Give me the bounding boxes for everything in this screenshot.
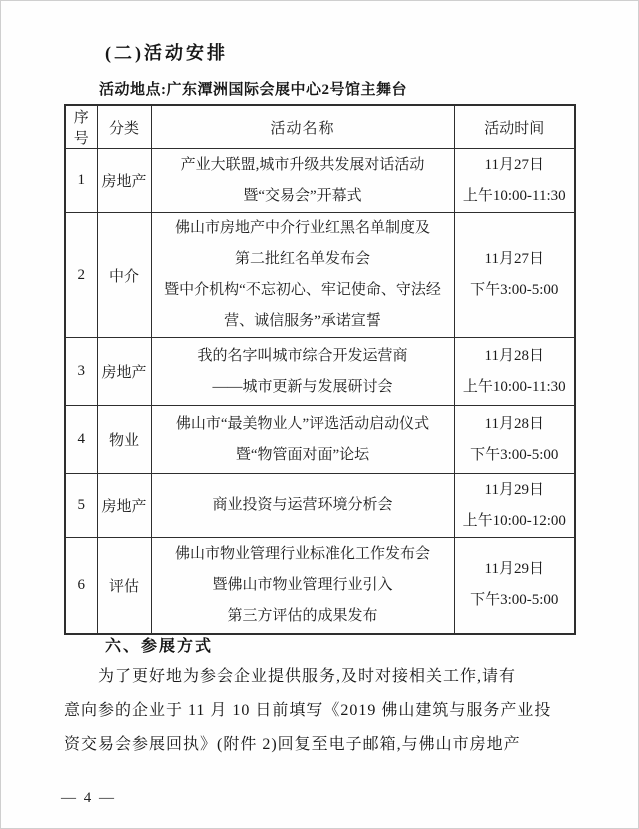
row-category: 评估 <box>97 538 151 634</box>
row-no: 5 <box>65 474 97 538</box>
paragraph-line: 为了更好地为参会企业提供服务,及时对接相关工作,请有 <box>64 660 578 694</box>
table-row: 5 房地产 商业投资与运营环境分析会 11月29日 上午10:00-12:00 <box>65 474 575 538</box>
table-row: 1 房地产 产业大联盟,城市升级共发展对话活动 暨“交易会”开幕式 11月27日… <box>65 149 575 213</box>
table-row: 4 物业 佛山市“最美物业人”评选活动启动仪式 暨“物管面对面”论坛 11月28… <box>65 406 575 474</box>
row-no: 4 <box>65 406 97 474</box>
activity-time-line: 下午3:00-5:00 <box>470 585 558 616</box>
activity-time-line: 上午10:00-12:00 <box>463 506 566 537</box>
activity-time-line: 11月29日 <box>485 554 544 585</box>
activity-time-line: 11月28日 <box>485 341 544 372</box>
row-category: 中介 <box>97 213 151 338</box>
row-activity-time: 11月28日 上午10:00-11:30 <box>454 338 575 406</box>
body-paragraph: 为了更好地为参会企业提供服务,及时对接相关工作,请有 意向参的企业于 11 月 … <box>64 660 578 762</box>
activity-name-line: 营、诚信服务”承诺宣誓 <box>224 306 381 337</box>
activity-time-line: 下午3:00-5:00 <box>470 275 558 306</box>
activity-time-line: 11月27日 <box>485 244 544 275</box>
header-activity-name: 活动名称 <box>151 105 454 149</box>
row-activity-name: 佛山市房地产中介行业红黑名单制度及 第二批红名单发布会 暨中介机构“不忘初心、牢… <box>151 213 454 338</box>
table-row: 3 房地产 我的名字叫城市综合开发运营商 ——城市更新与发展研讨会 11月28日… <box>65 338 575 406</box>
header-no: 序号 <box>65 105 97 149</box>
header-category: 分类 <box>97 105 151 149</box>
activity-name-line: 佛山市物业管理行业标准化工作发布会 <box>175 539 430 570</box>
row-activity-name: 我的名字叫城市综合开发运营商 ——城市更新与发展研讨会 <box>151 338 454 406</box>
subsection-heading: 六、参展方式 <box>105 633 213 656</box>
activity-name-line: 暨“交易会”开幕式 <box>243 181 361 212</box>
activity-name-line: 第二批红名单发布会 <box>235 244 370 275</box>
row-activity-time: 11月27日 下午3:00-5:00 <box>454 213 575 338</box>
row-category: 房地产 <box>97 149 151 213</box>
activity-time-line: 11月29日 <box>485 475 544 506</box>
activity-name-line: 佛山市“最美物业人”评选活动启动仪式 <box>176 409 429 440</box>
page-number: — 4 — <box>61 790 116 807</box>
row-no: 1 <box>65 149 97 213</box>
activities-schedule-table: 序号 分类 活动名称 活动时间 1 房地产 产业大联盟,城市升级共发展对话活动 … <box>64 104 576 635</box>
header-activity-time: 活动时间 <box>454 105 575 149</box>
row-no: 2 <box>65 213 97 338</box>
activity-name-line: 第三方评估的成果发布 <box>227 601 377 632</box>
paragraph-line: 资交易会参展回执》(附件 2)回复至电子邮箱,与佛山市房地产 <box>64 728 578 762</box>
table-row: 2 中介 佛山市房地产中介行业红黑名单制度及 第二批红名单发布会 暨中介机构“不… <box>65 213 575 338</box>
row-activity-name: 商业投资与运营环境分析会 <box>151 474 454 538</box>
row-category: 物业 <box>97 406 151 474</box>
row-activity-time: 11月29日 下午3:00-5:00 <box>454 538 575 634</box>
row-activity-name: 产业大联盟,城市升级共发展对话活动 暨“交易会”开幕式 <box>151 149 454 213</box>
venue-line: 活动地点:广东潭洲国际会展中心2号馆主舞台 <box>99 78 407 99</box>
activity-name-line: 暨佛山市物业管理行业引入 <box>212 570 392 601</box>
activity-time-line: 11月27日 <box>485 150 544 181</box>
activity-name-line: 产业大联盟,城市升级共发展对话活动 <box>181 150 425 181</box>
table-header-row: 序号 分类 活动名称 活动时间 <box>65 105 575 149</box>
document-page: (二)活动安排 活动地点:广东潭洲国际会展中心2号馆主舞台 序号 分类 活动名称… <box>0 0 639 829</box>
activity-name-line: 商业投资与运营环境分析会 <box>212 490 392 521</box>
paragraph-line: 意向参的企业于 11 月 10 日前填写《2019 佛山建筑与服务产业投 <box>64 694 578 728</box>
activity-time-line: 上午10:00-11:30 <box>463 372 566 403</box>
activity-time-line: 上午10:00-11:30 <box>463 181 566 212</box>
row-activity-name: 佛山市物业管理行业标准化工作发布会 暨佛山市物业管理行业引入 第三方评估的成果发… <box>151 538 454 634</box>
activity-name-line: 我的名字叫城市综合开发运营商 <box>197 341 407 372</box>
activity-name-line: 暨“物管面对面”论坛 <box>236 440 369 471</box>
row-category: 房地产 <box>97 474 151 538</box>
activity-time-line: 下午3:00-5:00 <box>470 440 558 471</box>
table-row: 6 评估 佛山市物业管理行业标准化工作发布会 暨佛山市物业管理行业引入 第三方评… <box>65 538 575 634</box>
row-no: 3 <box>65 338 97 406</box>
activity-name-line: ——城市更新与发展研讨会 <box>212 372 392 403</box>
activity-name-line: 佛山市房地产中介行业红黑名单制度及 <box>175 213 430 244</box>
row-activity-time: 11月29日 上午10:00-12:00 <box>454 474 575 538</box>
section-heading: (二)活动安排 <box>105 39 228 65</box>
activity-time-line: 11月28日 <box>485 409 544 440</box>
row-category: 房地产 <box>97 338 151 406</box>
row-activity-time: 11月28日 下午3:00-5:00 <box>454 406 575 474</box>
row-activity-time: 11月27日 上午10:00-11:30 <box>454 149 575 213</box>
row-activity-name: 佛山市“最美物业人”评选活动启动仪式 暨“物管面对面”论坛 <box>151 406 454 474</box>
row-no: 6 <box>65 538 97 634</box>
activity-name-line: 暨中介机构“不忘初心、牢记使命、守法经 <box>164 275 441 306</box>
